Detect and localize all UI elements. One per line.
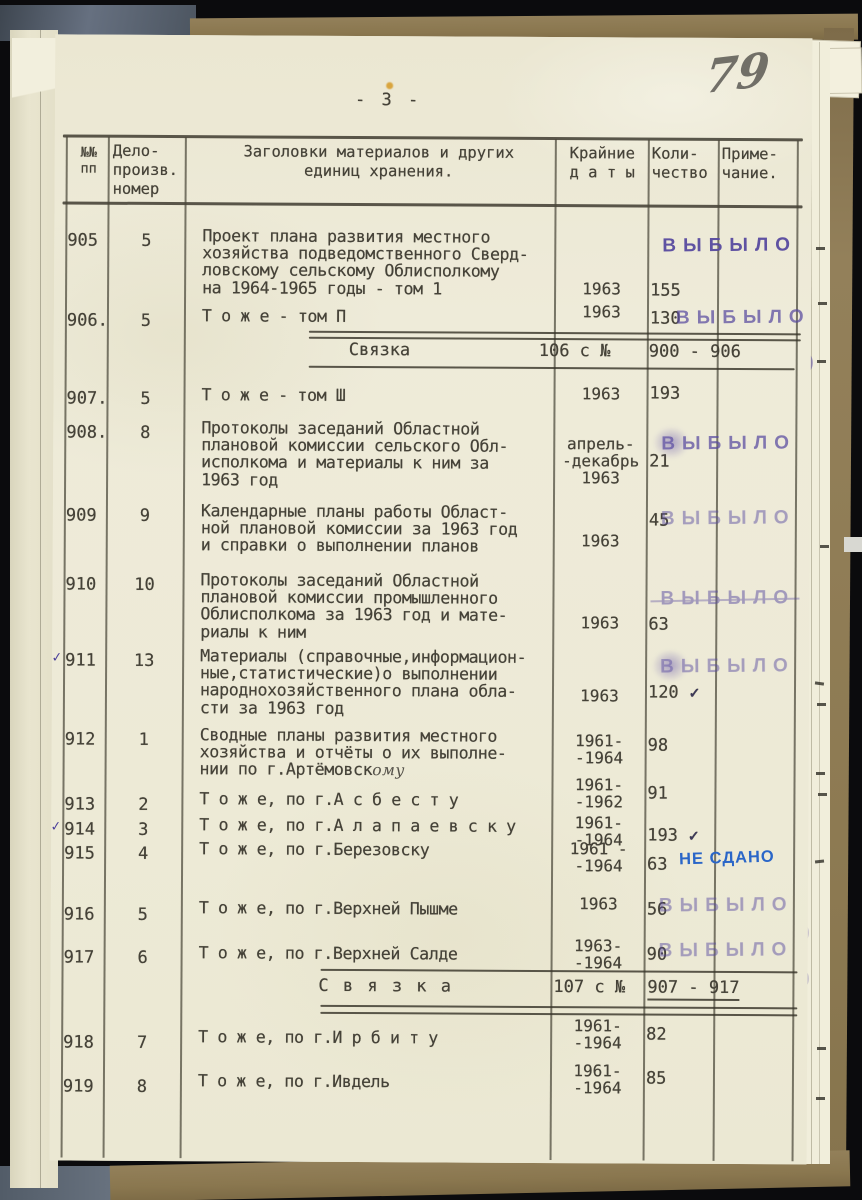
quantity-checkmark: ✓ bbox=[688, 828, 700, 844]
row-dates: 1963 bbox=[556, 303, 647, 320]
row-number: 914 bbox=[64, 819, 108, 839]
bundle-range: 900 - 906 bbox=[649, 342, 741, 362]
quantity-checkmark: ✓ bbox=[689, 685, 701, 701]
bundle-label: Связка bbox=[349, 340, 411, 360]
row-title: Т о ж е, по г.Березовску bbox=[199, 840, 557, 859]
stamp-strikethrough bbox=[650, 598, 799, 603]
row-delo-number: 2 bbox=[106, 795, 180, 815]
row-quantity: 193 bbox=[649, 384, 759, 405]
row-title: Протоколы заседаний Областной плановой к… bbox=[200, 571, 558, 642]
row-title: Т о ж е - том П bbox=[202, 307, 560, 326]
bundle-rule bbox=[320, 1005, 797, 1009]
row-number: 911 bbox=[65, 650, 109, 670]
row-quantity: 91 bbox=[647, 784, 757, 805]
bundle-number: 106 с № bbox=[539, 341, 611, 361]
row-dates: 1963 bbox=[555, 532, 646, 549]
vybylo-stamp: ВЫБЫЛО bbox=[661, 507, 796, 530]
edge-mark bbox=[816, 247, 825, 250]
edge-mark bbox=[817, 703, 826, 706]
row-delo-number: 9 bbox=[108, 506, 182, 526]
row-number: 905 bbox=[67, 230, 111, 250]
ne-sdano-stamp: НЕ СДАНО bbox=[679, 848, 775, 870]
row-dates: 1963- -1964 bbox=[553, 937, 644, 971]
row-dates: апрель- -декабрь 1963 bbox=[555, 435, 646, 486]
edge-mark bbox=[820, 545, 829, 548]
row-dates: 1961 - -1964 bbox=[553, 840, 644, 874]
row-delo-number: 5 bbox=[106, 905, 180, 925]
margin-checkmark: ✓ bbox=[51, 647, 67, 666]
row-number: 918 bbox=[63, 1032, 107, 1052]
header-col-titles: Заголовки материалов и других единиц хра… bbox=[203, 142, 555, 182]
row-quantity: 120✓ bbox=[648, 683, 758, 704]
margin-checkmark: ✓ bbox=[50, 816, 66, 835]
row-number: 910 bbox=[65, 574, 109, 594]
row-number: 916 bbox=[64, 904, 108, 924]
row-title: Т о ж е, по г.А л а п а е в с к у bbox=[199, 816, 557, 835]
row-number: 917 bbox=[64, 947, 108, 967]
row-title: Проект плана развития местного хозяйства… bbox=[202, 227, 560, 298]
paper-tab bbox=[844, 537, 862, 552]
row-delo-number: 10 bbox=[107, 575, 181, 595]
header-col-delo: Дело- произв. номер bbox=[113, 142, 185, 199]
row-title: Т о ж е - том Ш bbox=[201, 386, 559, 405]
row-quantity: 193✓ bbox=[647, 826, 757, 847]
header-col-note: Приме- чание. bbox=[722, 145, 796, 183]
row-delo-number: 4 bbox=[106, 844, 180, 864]
row-title: Т о ж е, по г.Верхней Пышме bbox=[199, 899, 557, 918]
bundle-label: С в я з к а bbox=[318, 976, 453, 997]
row-dates: 1963 bbox=[556, 280, 647, 297]
document-page: 79 - 3 - №№ пп Дело- произв. номер Загол… bbox=[50, 34, 813, 1164]
row-dates: 1963 bbox=[556, 385, 647, 402]
edge-mark bbox=[818, 793, 827, 796]
row-delo-number: 1 bbox=[107, 730, 181, 750]
vybylo-stamp: ВЫБЫЛО bbox=[662, 234, 797, 257]
row-title: Т о ж е, по г.Верхней Салде bbox=[199, 944, 557, 963]
row-dates: 1961- -1962 bbox=[553, 776, 644, 810]
row-dates: 1963 bbox=[554, 687, 645, 704]
row-dates: 1961- -1964 bbox=[552, 1017, 643, 1051]
row-delo-number: 7 bbox=[105, 1033, 179, 1053]
edge-mark bbox=[818, 302, 827, 305]
column-divider bbox=[180, 137, 187, 1158]
row-delo-number: 8 bbox=[108, 423, 182, 443]
paper-stain bbox=[386, 82, 393, 89]
row-number: 919 bbox=[63, 1076, 107, 1096]
row-dates: 1961- -1964 bbox=[552, 1062, 643, 1096]
table-header-border bbox=[63, 201, 803, 207]
row-dates: 1961- -1964 bbox=[554, 732, 645, 766]
edge-mark bbox=[816, 772, 825, 775]
row-delo-number: 5 bbox=[109, 311, 183, 331]
row-title: Материалы (справочные,информацион- ные,с… bbox=[200, 647, 558, 718]
scanned-archive-page: ) ) ) ) Ͻ О ) ) 79 - 3 - №№ пп Дело- про… bbox=[0, 0, 862, 1200]
row-quantity: 82 bbox=[646, 1025, 756, 1046]
row-number: 909 bbox=[66, 505, 110, 525]
row-number: 912 bbox=[65, 729, 109, 749]
vybylo-stamp: ВЫБЫЛО bbox=[676, 306, 811, 329]
bundle-range: 907 - 917 bbox=[647, 978, 739, 1001]
header-col-dates: Крайние д а т ы bbox=[557, 144, 648, 182]
column-divider bbox=[103, 137, 110, 1158]
row-delo-number: 13 bbox=[107, 651, 181, 671]
vybylo-stamp: ВЫБЫЛО bbox=[659, 894, 794, 917]
row-quantity: 98 bbox=[648, 736, 758, 757]
row-dates: 1963 bbox=[554, 614, 645, 631]
vybylo-stamp: ВЫБЫЛО bbox=[660, 587, 795, 610]
edge-mark bbox=[817, 1047, 826, 1050]
bundle-number: 107 с № bbox=[553, 977, 625, 997]
handwritten-suffix: ому bbox=[372, 762, 405, 780]
edge-mark bbox=[816, 1097, 825, 1100]
row-delo-number: 5 bbox=[109, 231, 183, 251]
row-number: 907. bbox=[66, 388, 110, 408]
typed-page-number: - 3 - bbox=[355, 90, 421, 110]
row-number: 908. bbox=[66, 422, 110, 442]
row-quantity: 85 bbox=[646, 1069, 756, 1090]
bundle-rule bbox=[309, 366, 795, 371]
handwritten-page-number: 79 bbox=[702, 42, 773, 105]
row-quantity: 63 bbox=[648, 615, 758, 636]
ink-smudge bbox=[652, 650, 688, 682]
row-title: Т о ж е, по г.Ивдель bbox=[198, 1072, 556, 1091]
row-delo-number: 5 bbox=[108, 389, 182, 409]
edge-mark bbox=[817, 360, 826, 363]
row-dates: 1963 bbox=[553, 895, 644, 912]
row-delo-number: 6 bbox=[106, 948, 180, 968]
row-title: Календарные планы работы Област- ной пла… bbox=[201, 502, 559, 555]
bundle-rule bbox=[321, 969, 798, 973]
row-number: 915 bbox=[64, 843, 108, 863]
ink-smudge bbox=[653, 427, 689, 459]
table-top-border bbox=[63, 134, 803, 140]
row-quantity: 155 bbox=[650, 281, 760, 302]
row-number: 913 bbox=[64, 794, 108, 814]
row-delo-number: 3 bbox=[106, 820, 180, 840]
row-title: Т о ж е, по г.И р б и т у bbox=[198, 1028, 556, 1047]
bundle-rule bbox=[320, 1012, 797, 1016]
header-col-quantity: Коли- чество bbox=[652, 145, 716, 183]
row-delo-number: 8 bbox=[105, 1077, 179, 1097]
vybylo-stamp: ВЫБЫЛО bbox=[659, 939, 794, 962]
row-title: Т о ж е, по г.А с б е с т у bbox=[199, 790, 557, 809]
header-col-index: №№ пп bbox=[70, 145, 108, 177]
row-title: Протоколы заседаний Областной плановой к… bbox=[201, 419, 559, 490]
row-title: Сводные планы развития местного хозяйств… bbox=[200, 726, 558, 780]
row-number: 906. bbox=[67, 310, 111, 330]
